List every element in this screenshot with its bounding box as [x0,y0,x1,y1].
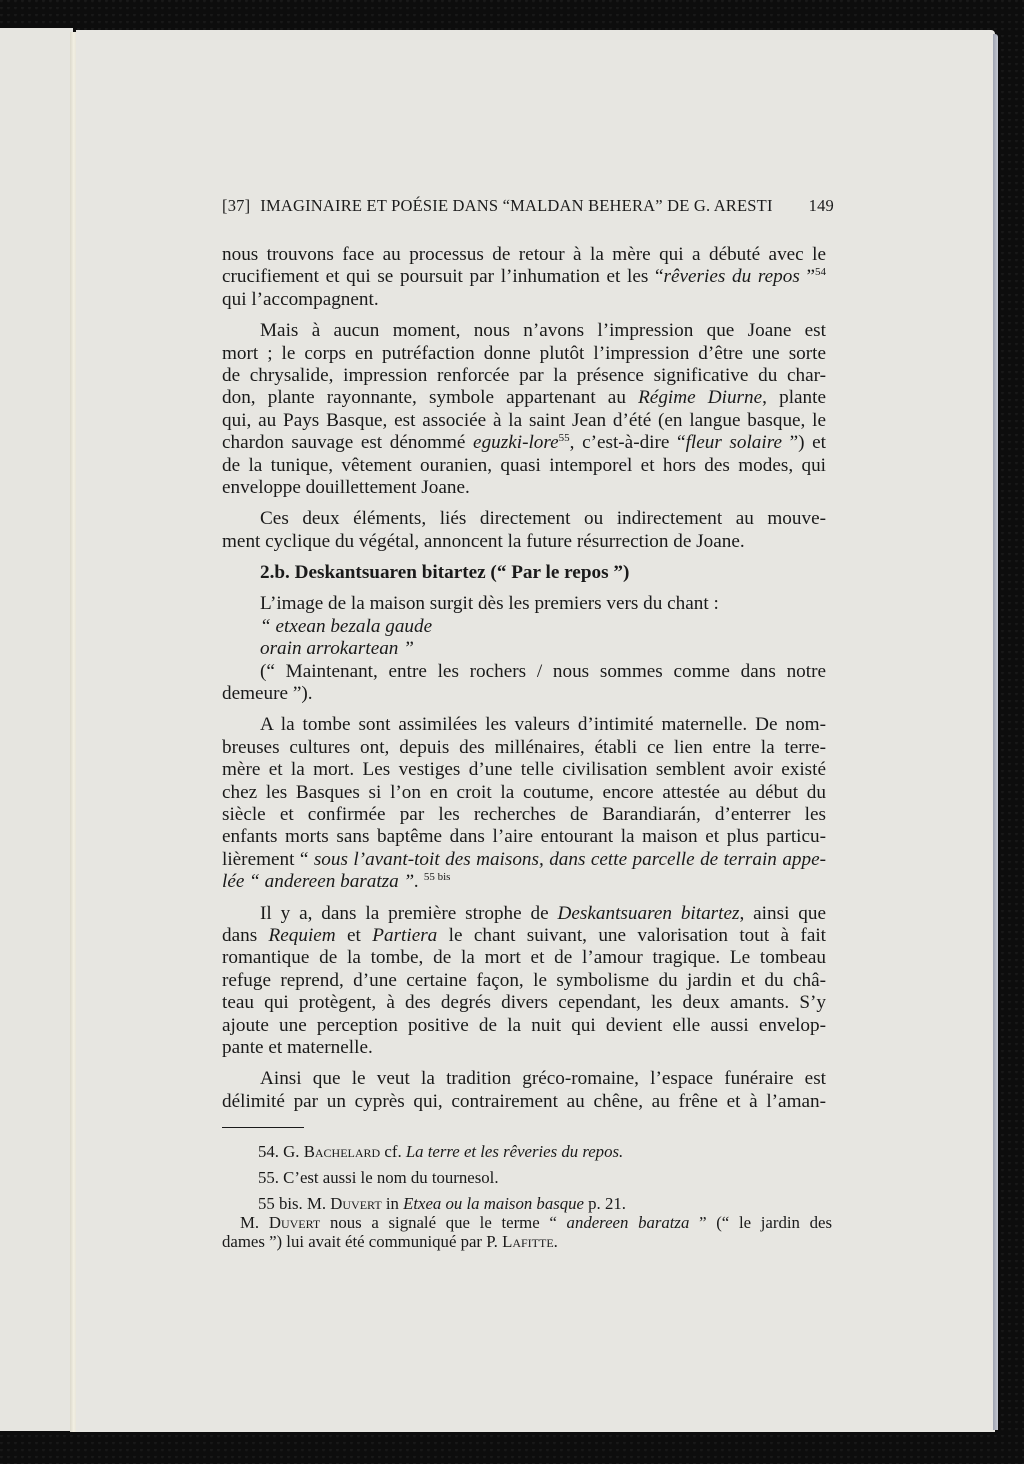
text-line: chez les Basques si l’on en croit la cou… [222,782,826,804]
footnote-55bis: 55 bis. M. Duvert in Etxea ou la maison … [222,1194,832,1213]
footnote-55: 55. C’est aussi le nom du tournesol. [222,1168,832,1187]
text-line: Ainsi que le veut la tradition gréco-rom… [222,1068,826,1090]
body-text: nous trouvons face au processus de retou… [222,244,826,1113]
page-stack-edge [993,34,998,1430]
text-span: . [554,1232,558,1251]
text-line: romantique de la tombe, de la mort et de… [222,947,826,969]
text-line: Mais à aucun moment, nous n’avons l’impr… [222,320,826,342]
italic-quote: lée “ andereen baratza ”. [222,871,419,892]
text-line: mère et la mort. Les vestiges d’une tell… [222,759,826,781]
text-line: qui, au Pays Basque, est associée à la s… [222,410,826,432]
paragraph-1: nous trouvons face au processus de retou… [222,244,826,311]
text-line: enfants morts sans baptême dans l’aire e… [222,826,826,848]
italic-title: Deskantsuaren bitartez [558,903,740,924]
italic-quote: rêveries du repos [664,266,800,287]
footnote-54: 54. G. Bachelard cf. La terre et les rêv… [222,1142,832,1161]
paragraph-2: Mais à aucun moment, nous n’avons l’impr… [222,320,826,499]
text-line: nous trouvons face au processus de retou… [222,244,826,266]
italic-quote: fleur solaire [686,432,782,453]
paragraph-7: Ainsi que le veut la tradition gréco-rom… [222,1068,826,1113]
section-reference: [37] [222,196,250,218]
text-span: , plante [762,387,826,408]
paragraph-4: L’image de la maison surgit dès les prem… [222,593,826,705]
verse-line: “ etxean bezala gaude [222,616,826,638]
text-line: L’image de la maison surgit dès les prem… [222,593,826,615]
text-line: dans Requiem et Partiera le chant suivan… [222,925,826,947]
cited-title: La terre et les rêveries du repos. [406,1142,623,1161]
text-span: Il y a, dans la première strophe de [260,903,558,924]
page-number: 149 [809,196,834,218]
text-line: lée “ andereen baratza ”. 55 bis [222,871,826,893]
text-line: refuge reprend, d’une certaine façon, le… [222,970,826,992]
italic-term: Régime Diurne [638,387,762,408]
text-span: ” (“ le jardin des [689,1213,832,1232]
verse-line: orain arrokartean ” [222,638,826,660]
text-line: crucifiement et qui se poursuit par l’in… [222,266,826,288]
text-line: Il y a, dans la première strophe de Desk… [222,903,826,925]
italic-title: Partiera [372,925,437,946]
text-span: le chant suivant, une valorisation tout … [437,925,826,946]
text-line: don, plante rayonnante, symbole apparten… [222,387,826,409]
text-span: don, plante rayonnante, symbole apparten… [222,387,638,408]
text-span: nous a signalé que le terme “ [320,1213,566,1232]
text-span: crucifiement et qui se poursuit par l’in… [222,266,664,287]
italic-quote: sous l’avant-toit des maisons, dans cett… [314,849,826,870]
text-line: ment cyclique du végétal, annoncent la f… [222,531,826,553]
text-line: Ces deux éléments, liés directement ou i… [222,508,826,530]
text-span: ”) et [782,432,826,453]
paragraph-5: A la tombe sont assimilées les valeurs d… [222,714,826,893]
text-line: pante et maternelle. [222,1037,826,1059]
italic-term: eguzki-lore [473,432,559,453]
footnote-number: 54. G. [258,1142,304,1161]
footnote-separator [222,1127,304,1128]
text-span: ” [800,266,815,287]
text-span: in [382,1194,403,1213]
facing-page-edge [0,28,73,1431]
italic-term: andereen baratza [567,1213,690,1232]
text-line: M. Duvert nous a signalé que le terme “ … [222,1213,832,1232]
footnote-ref-55[interactable]: 55 [559,432,570,444]
text-span: dans [222,925,269,946]
text-span: cf. [380,1142,406,1161]
text-line: de la tunique, vêtement ouranien, quasi … [222,455,826,477]
text-span: dames ”) lui avait été communiqué par P. [222,1232,502,1251]
section-heading: 2.b. Deskantsuaren bitartez (“ Par le re… [222,562,826,584]
footnote-55bis-note: M. Duvert nous a signalé que le terme “ … [222,1213,832,1251]
author-name: Bachelard [304,1142,381,1161]
text-line: siècle et confirmée par les recherches d… [222,804,826,826]
text-line: qui l’accompagnent. [222,289,826,311]
text-line: lièrement “ sous l’avant-toit des maison… [222,849,826,871]
footnote-ref-54[interactable]: 54 [815,266,826,278]
text-span: et [336,925,373,946]
text-line: mort ; le corps en putréfaction donne pl… [222,343,826,365]
author-name: Duvert [269,1213,320,1232]
text-line: A la tombe sont assimilées les valeurs d… [222,714,826,736]
footnote-ref-55bis[interactable]: 55 bis [424,871,451,883]
running-head: [37] IMAGINAIRE ET POÉSIE DANS “MALDAN B… [222,196,834,218]
author-name: Lafitte [502,1232,554,1251]
italic-title: Requiem [269,925,336,946]
cited-title: Etxea ou la maison basque [403,1194,584,1213]
text-line: chardon sauvage est dénommé eguzki-lore5… [222,432,826,454]
paragraph-3: Ces deux éléments, liés directement ou i… [222,508,826,553]
text-line: ajoute une perception positive de la nui… [222,1015,826,1037]
author-name: Duvert [330,1194,381,1213]
running-head-title: IMAGINAIRE ET POÉSIE DANS “MALDAN BEHERA… [260,196,772,218]
text-line: breuses cultures ont, depuis des milléna… [222,737,826,759]
text-line: dames ”) lui avait été communiqué par P.… [222,1232,832,1251]
paragraph-6: Il y a, dans la première strophe de Desk… [222,903,826,1060]
running-head-left: [37] IMAGINAIRE ET POÉSIE DANS “MALDAN B… [222,196,773,218]
text-span: , ainsi que [739,903,826,924]
text-line: (“ Maintenant, entre les rochers / nous … [222,661,826,683]
text-line: demeure ”). [222,683,826,705]
text-line: teau qui protègent, à des degrés divers … [222,992,826,1014]
footnote-number: 55 bis. M. [258,1194,330,1213]
text-span: lièrement “ [222,849,314,870]
text-line: délimité par un cyprès qui, contrairemen… [222,1091,826,1113]
text-span: p. 21. [584,1194,626,1213]
text-span: chardon sauvage est dénommé [222,432,473,453]
footnotes: 54. G. Bachelard cf. La terre et les rêv… [222,1142,832,1251]
text-line: enveloppe douillettement Joane. [222,477,826,499]
text-span: M. [240,1213,269,1232]
text-line: de chrysalide, impression renforcée par … [222,365,826,387]
text-span: , c’est-à-dire “ [570,432,686,453]
